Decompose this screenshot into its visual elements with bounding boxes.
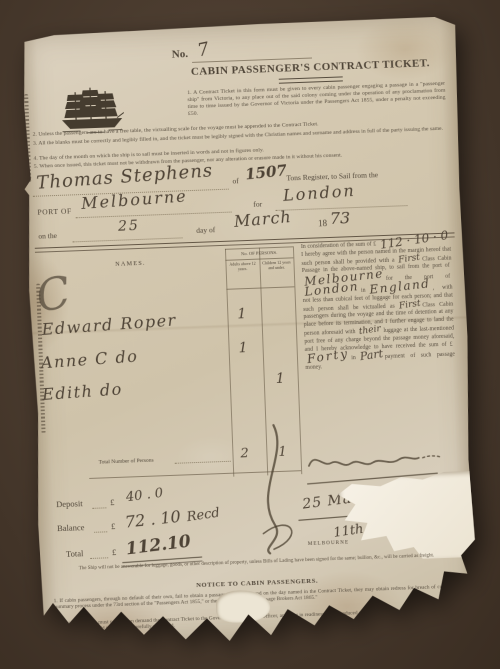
- adults-column-header: Adults above 12 years.: [226, 262, 258, 273]
- total-persons-label: Total Number of Persons: [99, 458, 154, 466]
- balance-leader: [94, 530, 107, 532]
- pen-flourish: C: [32, 267, 74, 323]
- part-value: Part: [359, 350, 383, 361]
- deposit-label: Deposit: [56, 498, 83, 509]
- sail-day-value: 25: [118, 218, 140, 235]
- day-rule: [73, 236, 183, 242]
- children-column-header: Children 12 years and under.: [260, 260, 292, 271]
- tonnage-value: 1507: [244, 161, 287, 183]
- fare-amount-value: 112 · 10 · 0: [380, 235, 448, 245]
- year-prefix-label: 18: [318, 218, 327, 228]
- tons-register-label: Tons Register, to Sail from the: [286, 170, 378, 182]
- received-amount-value: Forty: [307, 351, 350, 365]
- agreement-country-value: England: [369, 280, 431, 294]
- received-note: Recd: [186, 506, 221, 526]
- ticket-number-label: No.: [172, 48, 189, 61]
- their-value: their: [359, 326, 382, 337]
- for-label: for: [253, 199, 262, 208]
- deposit-value: 40 . 0: [125, 486, 164, 505]
- passenger-children-3: 1: [275, 371, 285, 387]
- of-label: of: [232, 176, 239, 185]
- agreement-paragraph: In consideration of the sum of £112 · 10…: [301, 239, 456, 373]
- total-currency: £: [112, 547, 117, 557]
- total-value: 112.10: [125, 532, 192, 560]
- year-suffix-value: 73: [330, 208, 351, 228]
- port-of-label: PORT OF: [37, 206, 72, 216]
- total-label: Total: [66, 548, 84, 559]
- deposit-leader: [92, 506, 106, 509]
- document-title: CABIN PASSENGER'S CONTRACT TICKET.: [170, 56, 450, 78]
- balance-currency: £: [111, 521, 116, 531]
- agreement-s8: in: [351, 355, 356, 361]
- photograph-background: { "header": { "no_label": "No.", "no_val…: [0, 0, 500, 669]
- condition-1: 1. A Contract Ticket in this form must b…: [187, 81, 446, 118]
- total-persons-leader: [175, 460, 231, 464]
- vertical-imprint-edge: [24, 94, 31, 182]
- passenger-name-3: Edith do: [41, 379, 123, 404]
- day-of-label: day of: [196, 225, 215, 235]
- ticket-number-value: 7: [196, 39, 212, 62]
- title-underline: [279, 76, 343, 83]
- balance-label: Balance: [57, 522, 85, 533]
- agreement-destination-value: London: [304, 283, 359, 297]
- ticket-paper: No. 7: [19, 16, 479, 648]
- deposit-currency: £: [110, 497, 115, 507]
- port-of-value: Melbourne: [81, 186, 189, 213]
- total-leader: [90, 556, 108, 559]
- sail-month-value: March: [233, 207, 292, 231]
- ticket-paper-wrap: No. 7: [19, 16, 479, 648]
- passenger-adults-1: 1: [237, 306, 247, 322]
- on-the-label: on the: [38, 231, 57, 241]
- port-rule: [76, 211, 232, 219]
- passenger-adults-2: 1: [238, 340, 248, 356]
- agreement-s4: in: [361, 288, 366, 294]
- passenger-name-2: Anne C do: [40, 346, 139, 372]
- balance-value: 72 . 10: [124, 507, 182, 532]
- destination-value: London: [282, 181, 356, 205]
